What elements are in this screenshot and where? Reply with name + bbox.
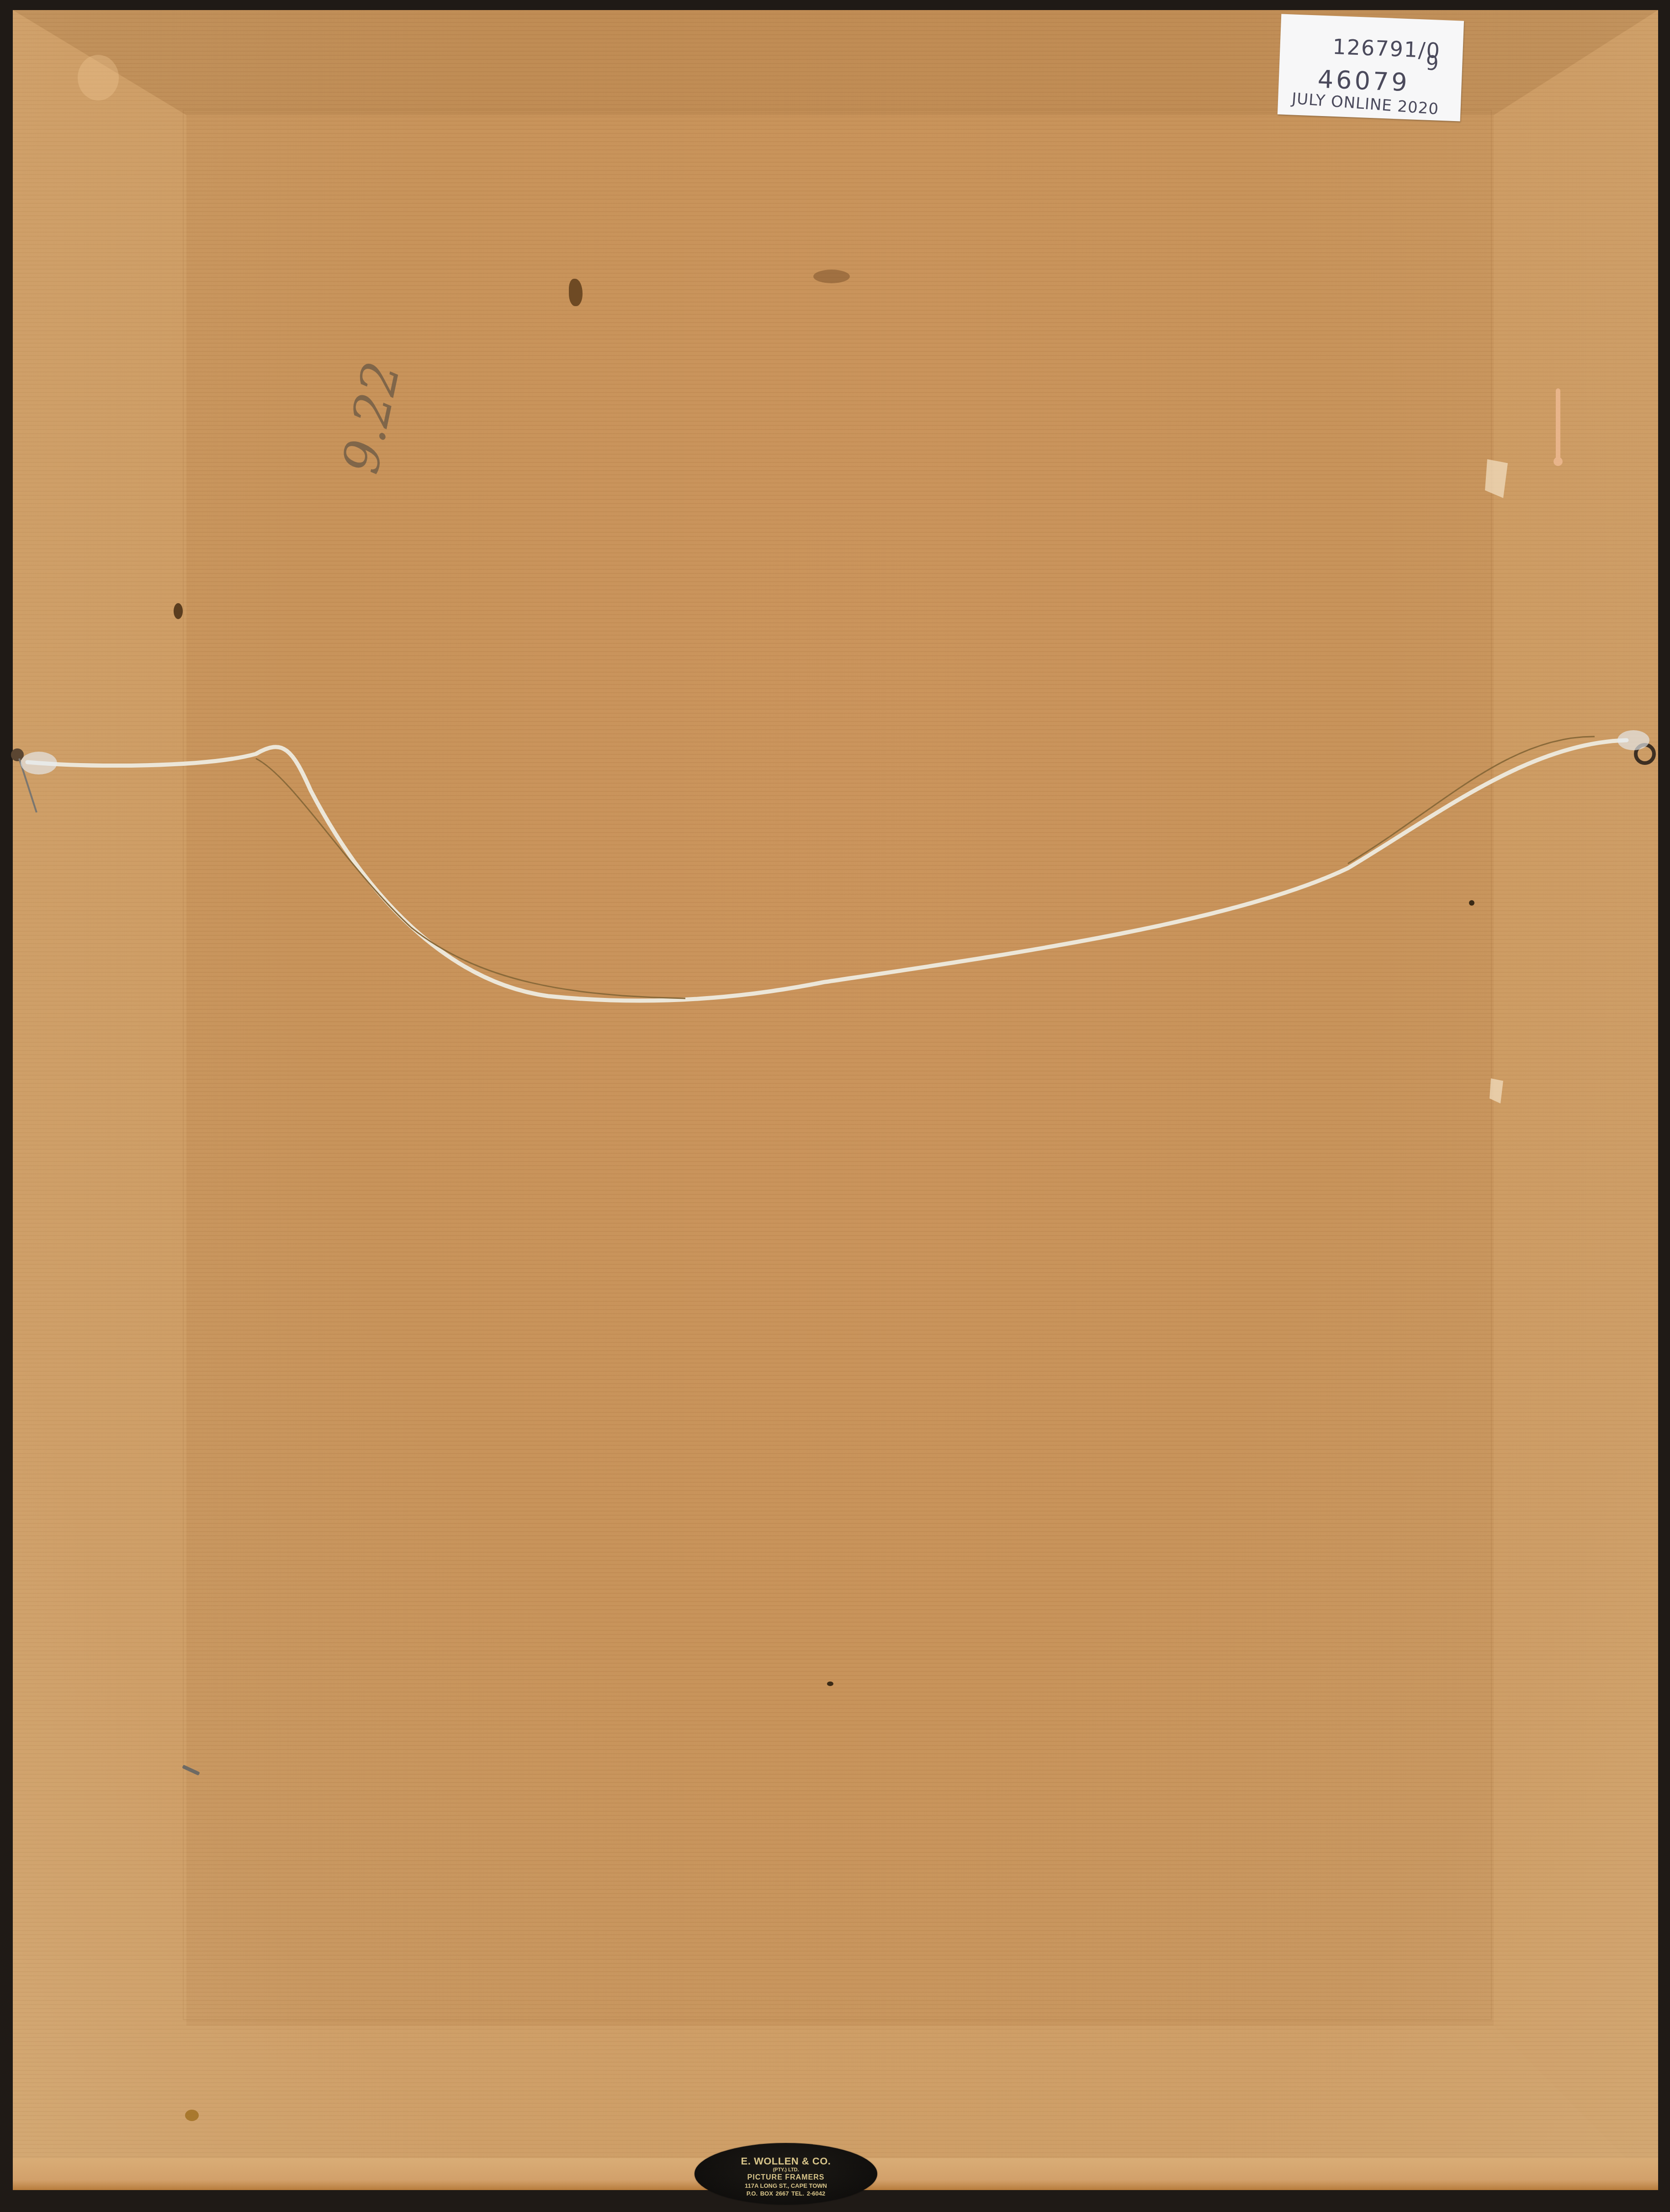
small-hole — [1469, 900, 1474, 906]
small-hole — [827, 1682, 833, 1686]
paint-drip-dot — [1553, 457, 1563, 466]
kraft-paper-backing — [13, 10, 1658, 2190]
framer-trade: PICTURE FRAMERS — [695, 2174, 877, 2182]
paint-drip — [1556, 388, 1560, 461]
water-stain-top-left — [78, 55, 119, 101]
framer-address: 117A LONG ST., CAPE TOWN — [695, 2182, 877, 2189]
framer-company-suffix: (PTY.) LTD. — [695, 2167, 877, 2173]
framer-name: E. WOLLEN & CO. — [695, 2155, 877, 2167]
inventory-label: 126791/0 9 46079 JULY ONLINE 2020 — [1278, 14, 1464, 121]
framer-label: E. WOLLEN & CO. (PTY.) LTD. PICTURE FRAM… — [695, 2143, 877, 2205]
dirt-spot — [813, 270, 850, 283]
rust-pin-mark — [185, 2110, 199, 2121]
lot-reference: 126791/0 — [1332, 34, 1441, 63]
framer-contact: P.O. BOX 2667 TEL. 2-6042 — [695, 2190, 877, 2197]
picture-frame: 9.22 126791/0 9 46079 JULY ONLINE 2020 E… — [0, 0, 1670, 2212]
small-hole — [174, 603, 183, 619]
lot-number: 9 — [1425, 52, 1439, 75]
